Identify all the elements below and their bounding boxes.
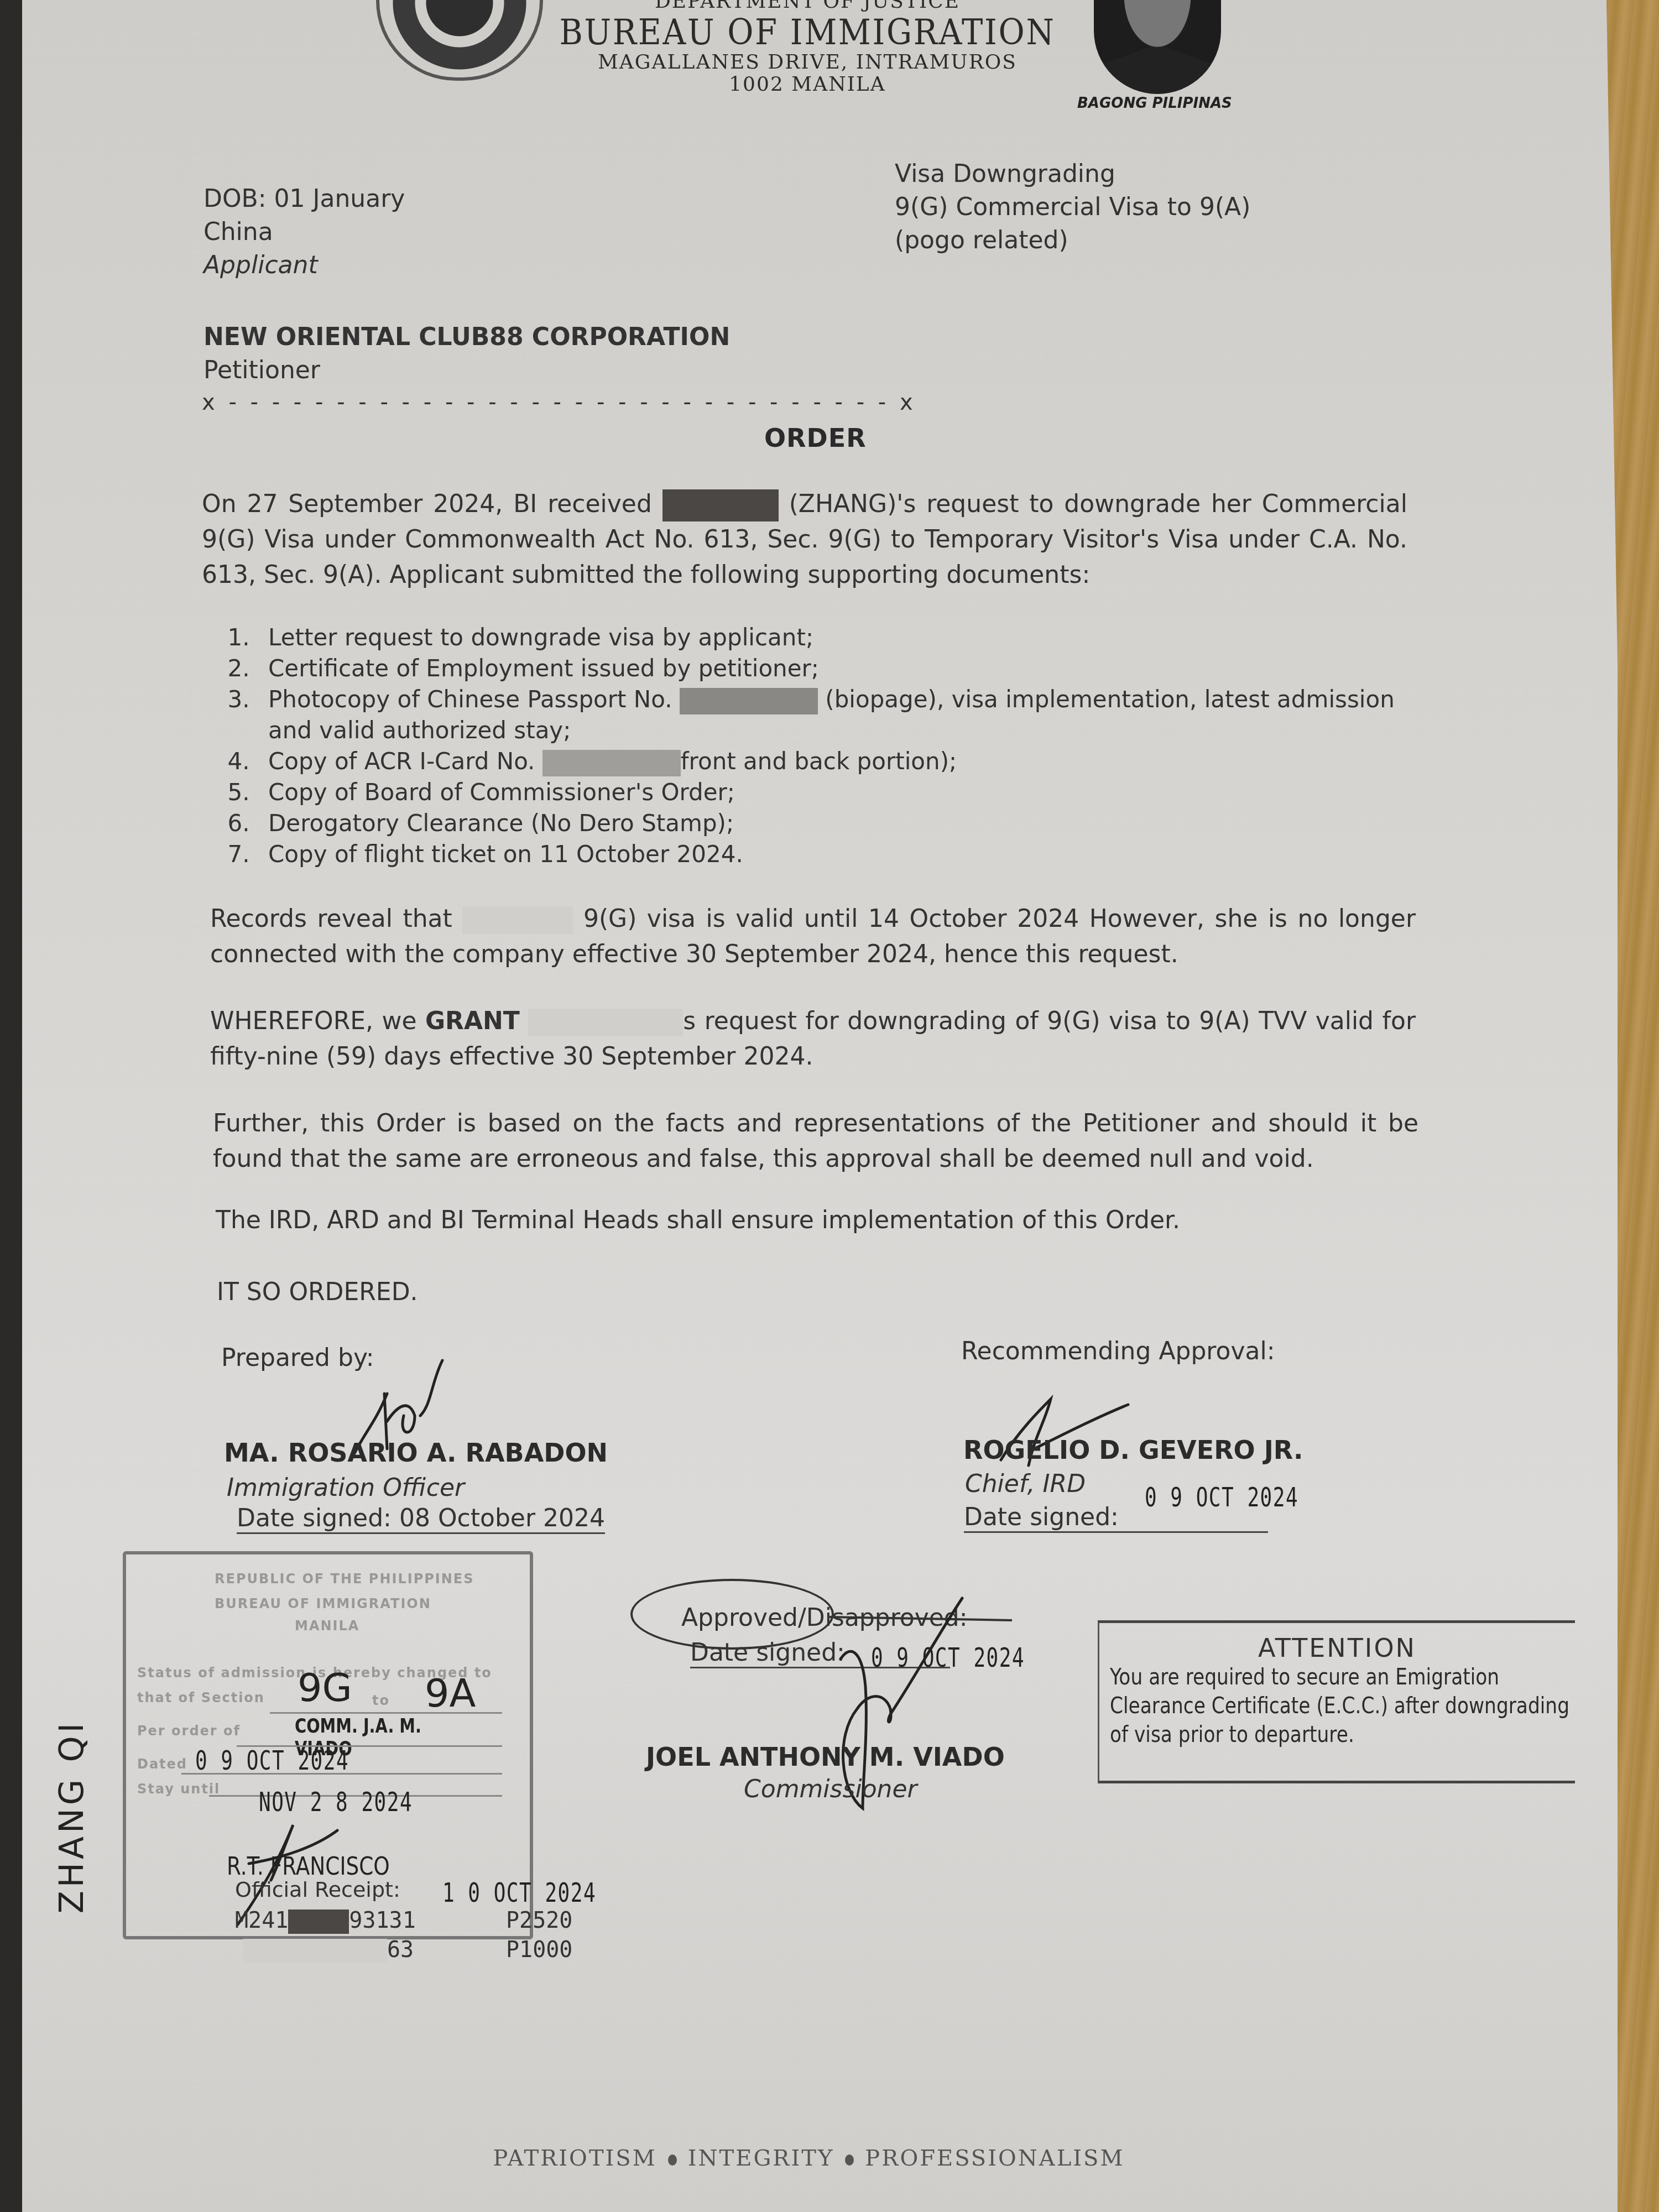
para3-start: WHEREFORE, we: [210, 1007, 417, 1035]
approver-name: JOEL ANTHONY M. VIADO: [646, 1742, 1005, 1772]
redacted-passport-number: [680, 688, 818, 714]
bagong-pilipinas-logo-icon: [1094, 0, 1221, 94]
caption-separator: x - - - - - - - - - - - - - - - - - - - …: [202, 390, 916, 415]
petitioner-block: NEW ORIENTAL CLUB88 CORPORATION Petition…: [204, 321, 730, 387]
petitioner-name: NEW ORIENTAL CLUB88 CORPORATION: [204, 321, 730, 354]
attention-body: You are required to secure an Emigration…: [1099, 1663, 1585, 1749]
bullet-icon: [668, 2154, 677, 2166]
stamp-receipt-number-1: M24193131: [235, 1908, 416, 1934]
redacted-name: [462, 906, 573, 934]
stamp-dated-value: 0 9 OCT 2024: [195, 1745, 349, 1776]
supporting-documents-list: Letter request to downgrade visa by appl…: [202, 622, 1418, 870]
stamp-dated-label: Dated: [137, 1756, 187, 1772]
redacted-receipt-number: [243, 1939, 387, 1963]
redacted-dob-year: [416, 186, 499, 214]
agency-address: MAGALLANES DRIVE, INTRAMUROS: [531, 51, 1084, 74]
stamp-receipt-number-2: 63: [243, 1937, 414, 1963]
para2-start: Records reveal that: [210, 905, 452, 933]
order-title: ORDER: [764, 423, 867, 453]
redacted-name: [528, 1009, 683, 1036]
prepared-by-name: MA. ROSARIO A. RABADON: [224, 1438, 608, 1468]
motto-professionalism: PROFESSIONALISM: [865, 2146, 1124, 2171]
attention-title: ATTENTION: [1099, 1633, 1575, 1663]
stamp-line-3: MANILA: [295, 1618, 359, 1634]
handwritten-applicant-name: ZHANG QI: [53, 1706, 91, 1927]
stamp-receipt-date: 1 0 OCT 2024: [442, 1877, 596, 1908]
applicant-dob: DOB: 01 January: [204, 185, 405, 213]
recommending-name: ROGELIO D. GEVERO JR.: [963, 1435, 1303, 1465]
subject-line-2: 9(G) Commercial Visa to 9(A): [895, 191, 1250, 224]
receipt-suffix: 93131: [349, 1908, 415, 1933]
separator-left: x: [202, 390, 218, 415]
doj-seal-icon: [376, 0, 543, 81]
recommending-title: Chief, IRD: [965, 1470, 1086, 1498]
document-item: Copy of Board of Commissioner's Order;: [257, 777, 1418, 808]
prepared-by-title: Immigration Officer: [227, 1474, 465, 1502]
document-item: Photocopy of Chinese Passport No. (biopa…: [257, 684, 1418, 746]
subject-block: Visa Downgrading 9(G) Commercial Visa to…: [895, 158, 1250, 257]
motto-integrity: INTEGRITY: [688, 2146, 834, 2171]
document-item: Copy of ACR I-Card No. front and back po…: [257, 746, 1418, 777]
applicant-role: Applicant: [204, 249, 499, 282]
order-paragraph-5: The IRD, ARD and BI Terminal Heads shall…: [216, 1203, 1421, 1238]
grant-keyword: GRANT: [425, 1007, 520, 1035]
applicant-nationality: China: [204, 216, 499, 249]
redacted-acr-number: [542, 750, 681, 776]
agency-city: 1002 MANILA: [531, 73, 1084, 96]
bullet-icon: [845, 2154, 854, 2166]
stamp-amount-1: P2520: [506, 1908, 572, 1933]
stamp-stay-until-label: Stay until: [137, 1781, 220, 1797]
separator-right: x: [900, 390, 916, 415]
stamp-underline: [270, 1712, 502, 1714]
stamp-amount-2: P1000: [506, 1937, 572, 1963]
stamp-to-section: 9A: [425, 1671, 476, 1716]
subject-line-3: (pogo related): [895, 224, 1250, 257]
document-item: Letter request to downgrade visa by appl…: [257, 622, 1418, 653]
agency-name: BUREAU OF IMMIGRATION: [559, 12, 1056, 53]
redacted-applicant-name: [662, 489, 779, 521]
redacted-receipt-number: [288, 1910, 349, 1934]
bagong-pilipinas-label: BAGONG PILIPINAS: [1077, 95, 1232, 112]
stamp-per-order-label: Per order of: [137, 1723, 241, 1739]
doc4-rest: front and back portion);: [681, 748, 957, 775]
page-edge-shadow: [0, 0, 22, 2212]
footer-motto: PATRIOTISMINTEGRITYPROFESSIONALISM: [0, 2146, 1618, 2171]
department-name: DEPARTMENT OF JUSTICE: [531, 0, 1084, 13]
receipt-prefix: M241: [235, 1908, 288, 1933]
recommending-date-stamp: 0 9 OCT 2024: [1145, 1482, 1298, 1513]
receipt-suffix: 63: [387, 1937, 414, 1963]
approver-title: Commissioner: [744, 1775, 917, 1803]
stamp-to-label: to: [372, 1693, 390, 1708]
recommending-approval-label: Recommending Approval:: [961, 1337, 1275, 1365]
stamp-underline: [181, 1773, 502, 1775]
document-item: Certificate of Employment issued by peti…: [257, 653, 1418, 684]
subject-line-1: Visa Downgrading: [895, 158, 1250, 191]
attention-notice: ATTENTION You are required to secure an …: [1098, 1620, 1575, 1783]
order-paragraph-2: Records reveal that 9(G) visa is valid u…: [210, 901, 1416, 972]
doc4-start: Copy of ACR I-Card No.: [268, 748, 535, 775]
order-paragraph-4: Further, this Order is based on the fact…: [213, 1106, 1418, 1177]
motto-patriotism: PATRIOTISM: [493, 2146, 657, 2171]
doc3-start: Photocopy of Chinese Passport No.: [268, 686, 672, 713]
order-paragraph-3: WHEREFORE, we GRANT s request for downgr…: [210, 1004, 1416, 1074]
separator-dashes: - - - - - - - - - - - - - - - - - - - - …: [228, 390, 889, 415]
document-item: Derogatory Clearance (No Dero Stamp);: [257, 808, 1418, 839]
stamp-receipt-label: Official Receipt:: [235, 1877, 400, 1902]
prepared-by-label: Prepared by:: [221, 1344, 374, 1372]
prepared-by-date: Date signed: 08 October 2024: [237, 1504, 605, 1534]
petitioner-role: Petitioner: [204, 354, 730, 387]
order-paragraph-6: IT SO ORDERED.: [217, 1275, 1422, 1310]
stamp-line-2: BUREAU OF IMMIGRATION: [215, 1596, 431, 1611]
stamp-officer-name: R.T. FRANCISCO: [227, 1853, 390, 1881]
document-page: DEPARTMENT OF JUSTICE BUREAU OF IMMIGRAT…: [0, 0, 1618, 2212]
document-item: Copy of flight ticket on 11 October 2024…: [257, 839, 1418, 870]
stamp-line-1: REPUBLIC OF THE PHILIPPINES: [215, 1571, 474, 1587]
stamp-section-label: that of Section: [137, 1690, 265, 1705]
applicant-block: DOB: 01 January China Applicant: [204, 182, 499, 282]
stamp-stay-until-value: NOV 2 8 2024: [259, 1787, 413, 1818]
stamp-from-section: 9G: [298, 1665, 352, 1710]
order-paragraph-1: On 27 September 2024, BI received (ZHANG…: [202, 487, 1407, 593]
para1-start: On 27 September 2024, BI received: [202, 490, 652, 518]
